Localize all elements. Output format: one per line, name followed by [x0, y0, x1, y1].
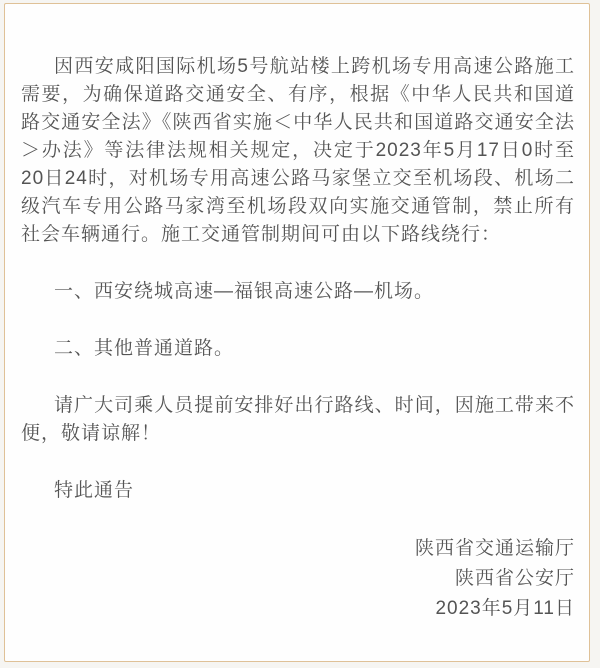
signature-date: 2023年5月11日 [21, 594, 575, 624]
signature-issuer-police: 陕西省公安厅 [21, 564, 575, 594]
notice-paragraph-intro: 因西安咸阳国际机场5号航站楼上跨机场专用高速公路施工需要，为确保道路交通安全、有… [21, 53, 575, 249]
detour-route-1: 一、西安绕城高速—福银高速公路—机场。 [21, 278, 575, 306]
detour-route-2: 二、其他普通道路。 [21, 335, 575, 363]
notice-card: 因西安咸阳国际机场5号航站楼上跨机场专用高速公路施工需要，为确保道路交通安全、有… [4, 3, 590, 662]
notice-paragraph-apology: 请广大司乘人员提前安排好出行路线、时间，因施工带来不便，敬请谅解！ [21, 392, 575, 448]
signature-issuer-transport: 陕西省交通运输厅 [21, 534, 575, 564]
notice-closing: 特此通告 [21, 477, 575, 505]
signature-block: 陕西省交通运输厅 陕西省公安厅 2023年5月11日 [21, 534, 575, 624]
